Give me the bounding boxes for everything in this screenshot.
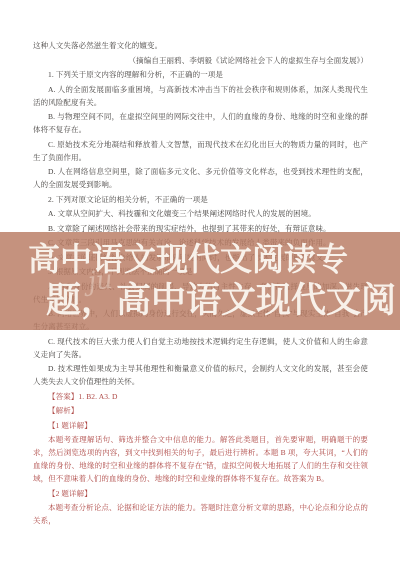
overlay-title-line2: 题，高中语文现代文阅 xyxy=(46,281,400,321)
document-line: 【2 题详解】 xyxy=(33,487,368,500)
overlay-title-line1: 高中语文现代文阅读专 xyxy=(28,241,400,277)
document-line: 本题考查分析论点、论据和论证方法的能力。答题时注意分析文章的思路，中心论点和分论… xyxy=(33,501,368,527)
document-line: C. 现代技术的巨大张力使人们自觉主动地按技术逻辑约定生存逻辑，使人文价值和人的… xyxy=(33,335,368,361)
document-line: 2. 下列对原文论证的相关分析，不正确的一项是 xyxy=(33,193,368,206)
document-line: 本题考查理解话句、筛选并整合文中信息的能力。解答此类题目，首先要审题，明确题干的… xyxy=(33,433,368,485)
document-line: A. 人的全面发展面临多重困境，与高新技术冲击当下的社会秩序和规则体系，加深人类… xyxy=(33,83,368,109)
promo-overlay-band: ju 高中语文现代文阅读专 题，高中语文现代文阅 xyxy=(0,232,400,330)
document-line: 【解析】 xyxy=(33,404,368,417)
document-line: D. 人在网络信息空间里，除了面临多元文化、多元价值等文化样态，也受到技术理性的… xyxy=(33,165,368,191)
document-line: 【1 题详解】 xyxy=(33,419,368,432)
document-line: A. 文章从空间扩大、科技霾和文化嬗变三个结果阐述网络时代人的发展的困境。 xyxy=(33,207,368,220)
document-line: C. 原始技术充分地凝结和释放着人文智慧，而现代技术在幻化出巨大的物质力量的同时… xyxy=(33,138,368,164)
document-line: 1. 下列关于原文内容的理解和分析，不正确的一项是 xyxy=(33,68,368,81)
document-line: D. 技术理性如果成为主导其他理性和衡量意义价值的标尺，会制约人文文化的发展，甚… xyxy=(33,362,368,388)
document-line: B. 与物理空间不同，在虚拟空间里的网际交往中，人们的血缘的身份、地缘的时空和业… xyxy=(33,110,368,136)
document-line: （摘编自王丽鸦、李炳毅《试论网络社会下人的虚拟生存与全面发展》） xyxy=(33,54,368,67)
document-page: 这种人文失落必然滋生着文化的嬗变。（摘编自王丽鸦、李炳毅《试论网络社会下人的虚拟… xyxy=(0,0,400,566)
document-line: 这种人文失落必然滋生着文化的嬗变。 xyxy=(33,39,368,52)
document-line: 【答案】1. B2. A3. D xyxy=(33,390,368,403)
